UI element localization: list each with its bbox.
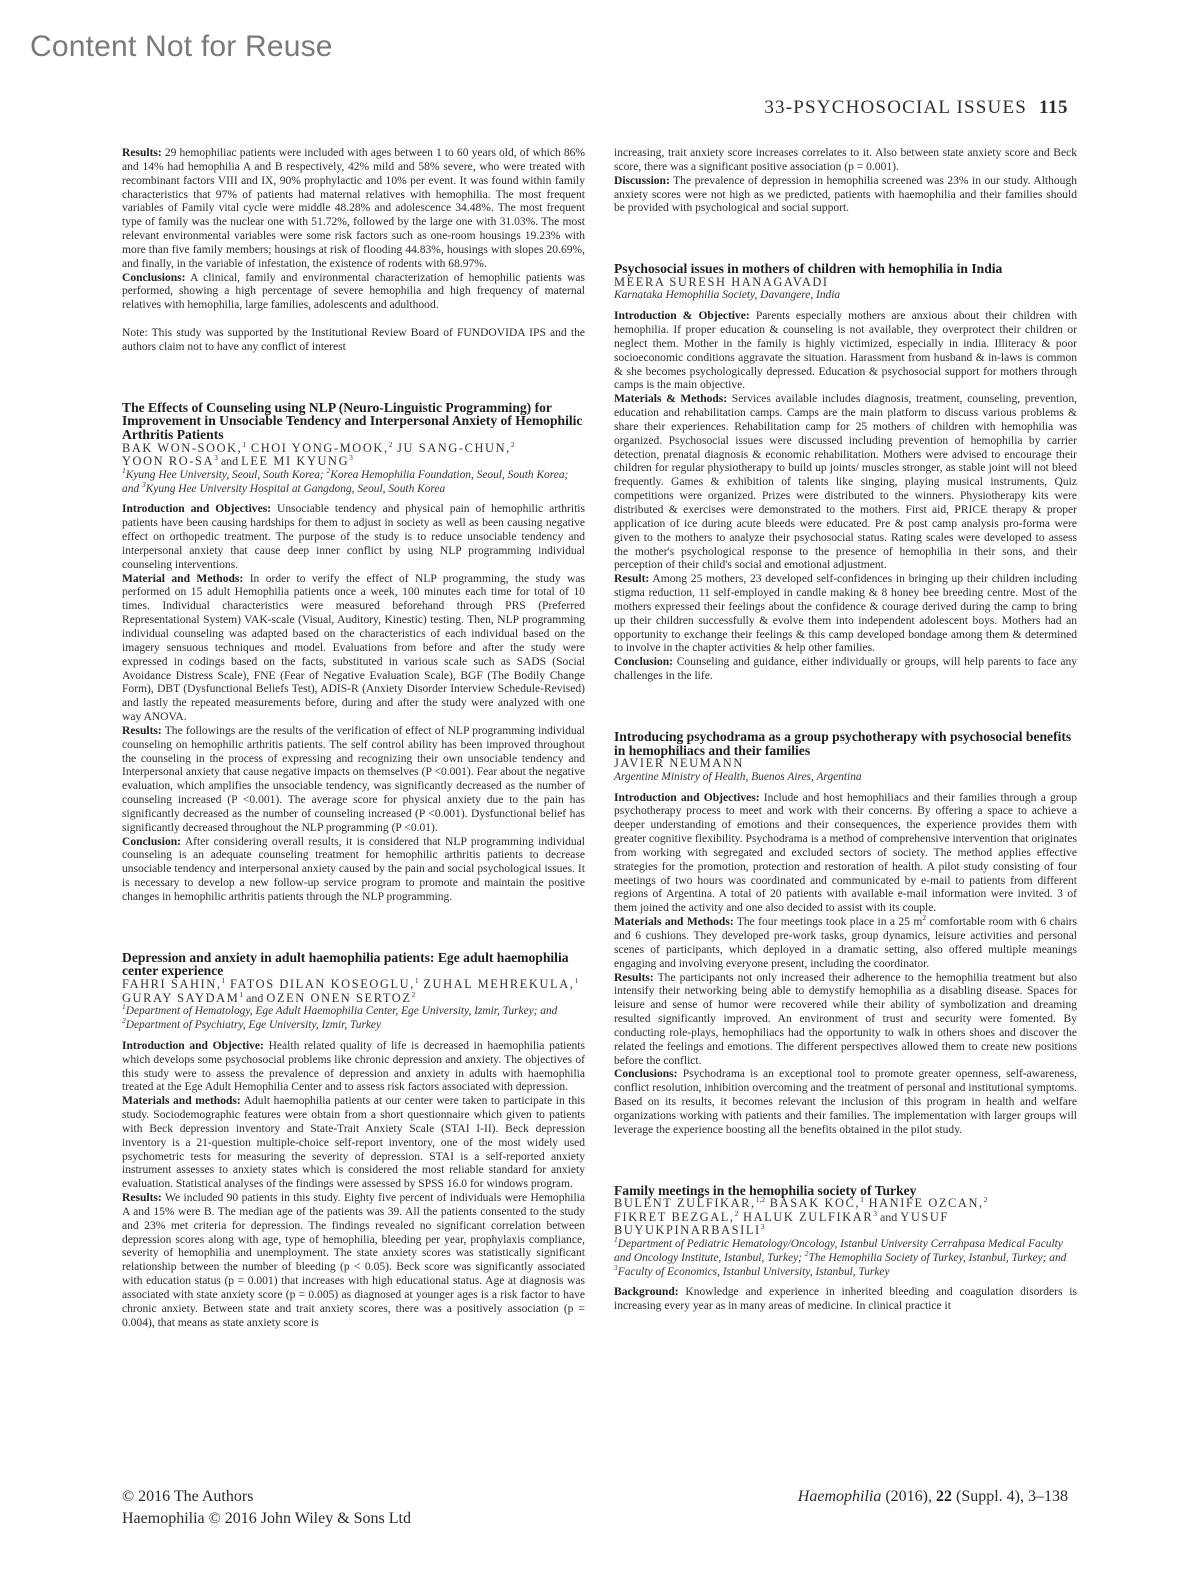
affiliations: 1Kyung Hee University, Seoul, South Kore… [122, 469, 585, 497]
author-list: BAK WON-SOOK,1 CHOI YONG-MOOK,2 JU SANG-… [122, 442, 585, 469]
copyright-authors: © 2016 The Authors [122, 1486, 411, 1508]
affiliations: 1Department of Hematology, Ege Adult Hae… [122, 1005, 585, 1033]
copyright-publisher: Haemophilia © 2016 John Wiley & Sons Ltd [122, 1508, 411, 1530]
abstract-mothers-india: Psychosocial issues in mothers of childr… [614, 262, 1077, 684]
abstract-depression-continued: increasing, trait anxiety score increase… [614, 147, 1077, 216]
methods-paragraph: Materials and Methods: The four meetings… [614, 916, 1077, 971]
abstract-title: Introducing psychodrama as a group psych… [614, 730, 1077, 757]
discussion-paragraph: Discussion: The prevalence of depression… [614, 175, 1077, 217]
affiliations: Karnataka Hemophilia Society, Davangere,… [614, 289, 1077, 303]
results-paragraph: Results: We included 90 patients in this… [122, 1192, 585, 1330]
abstract-title: The Effects of Counseling using NLP (Neu… [122, 401, 585, 442]
methods-paragraph: Materials and methods: Adult haemophilia… [122, 1095, 585, 1192]
continued-text: increasing, trait anxiety score increase… [614, 147, 1077, 175]
result-paragraph: Result: Among 25 mothers, 23 developed s… [614, 573, 1077, 656]
results-paragraph: Results: 29 hemophiliac patients were in… [122, 147, 585, 272]
results-paragraph: Results: The followings are the results … [122, 725, 585, 836]
funding-note: Note: This study was supported by the In… [122, 327, 585, 355]
author-list: JAVIER NEUMANN [614, 757, 1077, 771]
affiliations: Argentine Ministry of Health, Buenos Air… [614, 771, 1077, 785]
author-list: BULENT ZULFIKAR,1,2 BASAK KOC,1 HANIFE O… [614, 1197, 1077, 1238]
abstract-title: Depression and anxiety in adult haemophi… [122, 951, 585, 978]
footer-citation: Haemophilia (2016), 22 (Suppl. 4), 3–138 [798, 1486, 1068, 1508]
intro-paragraph: Introduction & Objective: Parents especi… [614, 310, 1077, 393]
watermark: Content Not for Reuse [30, 30, 333, 64]
methods-paragraph: Materials & Methods: Services available … [614, 393, 1077, 573]
abstract-depression-anxiety: Depression and anxiety in adult haemophi… [122, 951, 585, 1331]
abstract-continued: Results: 29 hemophiliac patients were in… [122, 147, 585, 355]
section-title: 33-PSYCHOSOCIAL ISSUES [764, 97, 1027, 118]
running-head: 33-PSYCHOSOCIAL ISSUES115 [764, 97, 1068, 119]
results-label: Results: [122, 147, 162, 159]
conclusions-paragraph: Conclusions: Psychodrama is an exception… [614, 1068, 1077, 1137]
background-paragraph: Background: Knowledge and experience in … [614, 1286, 1077, 1314]
methods-paragraph: Material and Methods: In order to verify… [122, 573, 585, 725]
conclusion-paragraph: Conclusion: After considering overall re… [122, 836, 585, 905]
journal-name: Haemophilia [798, 1488, 882, 1505]
conclusions-label: Conclusions: [122, 272, 186, 284]
results-paragraph: Results: The participants not only incre… [614, 972, 1077, 1069]
intro-paragraph: Introduction and Objectives: Unsociable … [122, 503, 585, 572]
footer-copyright: © 2016 The Authors Haemophilia © 2016 Jo… [122, 1486, 411, 1530]
abstract-nlp-counseling: The Effects of Counseling using NLP (Neu… [122, 401, 585, 905]
abstract-psychodrama: Introducing psychodrama as a group psych… [614, 730, 1077, 1138]
right-column: increasing, trait anxiety score increase… [614, 147, 1077, 1314]
affiliations: 1Department of Pediatric Hematology/Onco… [614, 1238, 1077, 1279]
author-list: FAHRI SAHIN,1 FATOS DILAN KOSEOGLU,1 ZUH… [122, 978, 585, 1005]
conclusions-paragraph: Conclusions: A clinical, family and envi… [122, 272, 585, 314]
conclusions-text: A clinical, family and environmental cha… [122, 272, 585, 312]
page-number: 115 [1039, 97, 1068, 118]
abstract-title: Psychosocial issues in mothers of childr… [614, 262, 1077, 276]
conclusion-paragraph: Conclusion: Counseling and guidance, eit… [614, 656, 1077, 684]
abstract-family-meetings-turkey: Family meetings in the hemophilia societ… [614, 1184, 1077, 1314]
left-column: Results: 29 hemophiliac patients were in… [122, 147, 585, 1331]
intro-paragraph: Introduction and Objectives: Include and… [614, 792, 1077, 917]
author-list: MEERA SURESH HANAGAVADI [614, 276, 1077, 290]
volume: 22 [936, 1488, 952, 1505]
intro-paragraph: Introduction and Objective: Health relat… [122, 1040, 585, 1095]
results-text: 29 hemophiliac patients were included wi… [122, 147, 585, 270]
